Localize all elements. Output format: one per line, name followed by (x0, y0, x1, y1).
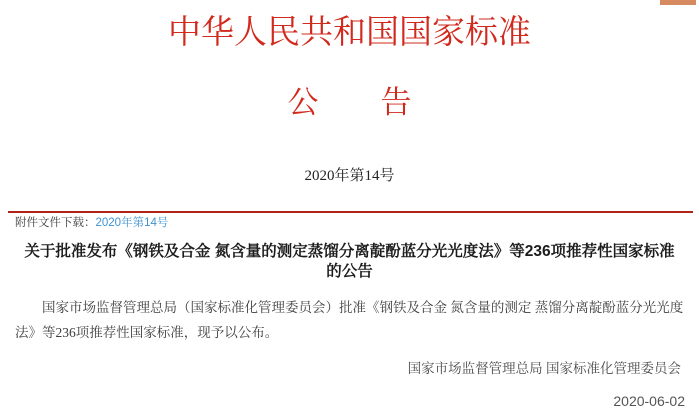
issue-number: 2020年第14号 (0, 169, 699, 184)
attachment-download-label: 附件文件下载： (15, 217, 96, 229)
attachment-row: 附件文件下载：2020年第14号 (15, 217, 699, 230)
announcement-date: 2020-06-02 (0, 394, 685, 409)
announcement-heading: 关于批准发布《钢铁及合金 氮含量的测定蒸馏分离靛酚蓝分光光度法》等236项推荐性… (22, 242, 677, 283)
announcement-document: 中华人民共和国国家标准 公 告 2020年第14号 附件文件下载：2020年第1… (0, 0, 699, 410)
corner-decoration-bar (660, 0, 696, 5)
document-title: 中华人民共和国国家标准 (0, 16, 699, 51)
attachment-download-link[interactable]: 2020年第14号 (96, 217, 169, 229)
announcement-title: 公 告 (0, 87, 699, 120)
announcement-body: 国家市场监督管理总局（国家标准化管理委员会）批准《钢铁及合金 氮含量的测定 蒸馏… (15, 296, 684, 346)
divider-line (8, 211, 693, 213)
issuing-authority: 国家市场监督管理总局 国家标准化管理委员会 (0, 362, 681, 377)
